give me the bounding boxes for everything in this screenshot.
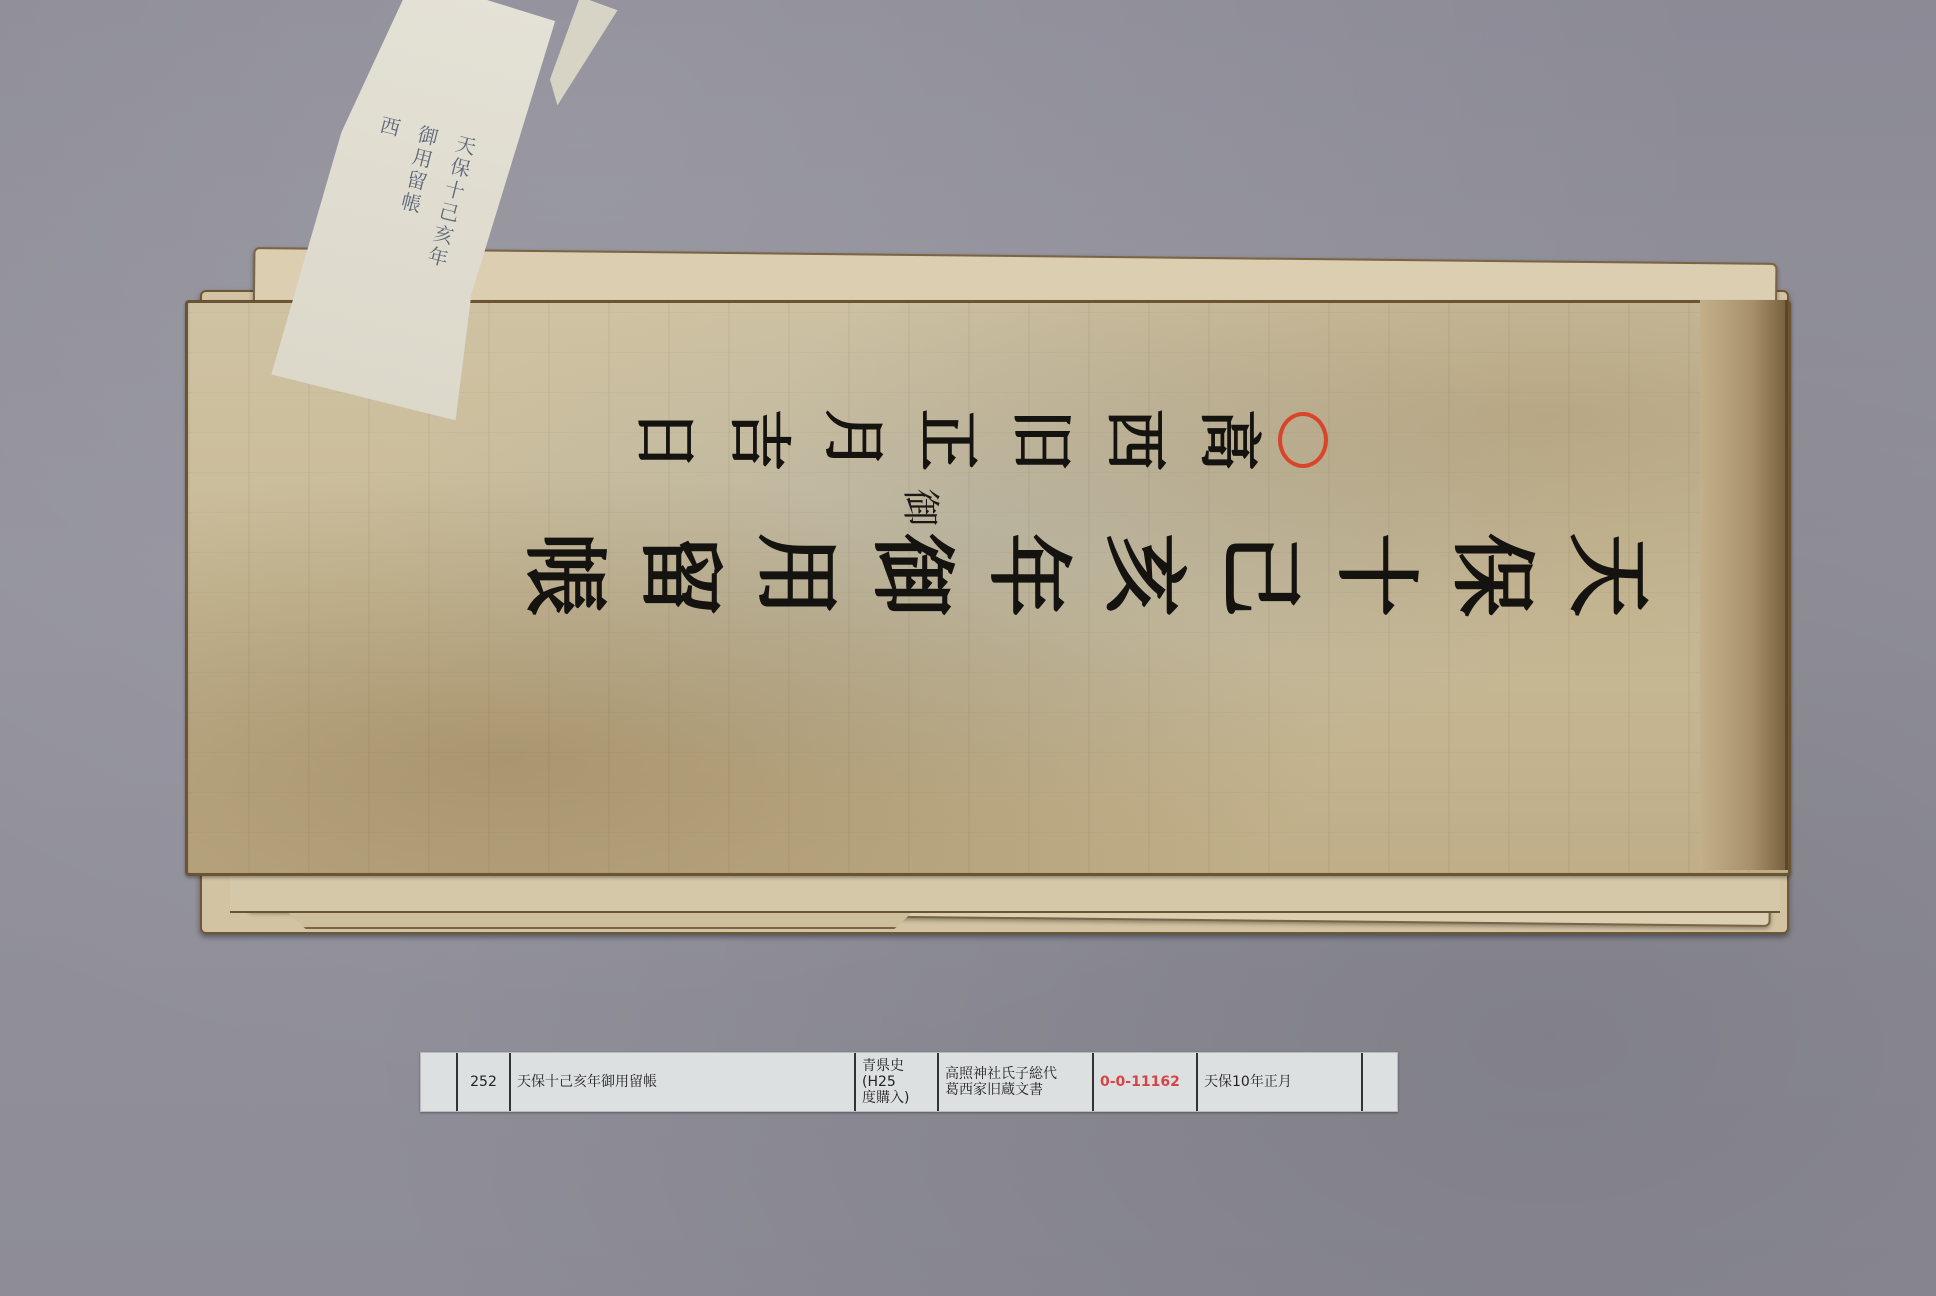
label-item-number: 252 [458, 1053, 511, 1111]
label-cell-end [1363, 1053, 1397, 1111]
label-cell-blank [421, 1053, 458, 1111]
calligraphy-char: 吉 [728, 409, 790, 471]
label-source: 青県史(H25 度購入) [856, 1053, 939, 1111]
calligraphy-char: 旧 [1010, 409, 1072, 471]
document-right-edge [1700, 300, 1788, 870]
calligraphy-char: 留 [638, 533, 722, 617]
calligraphy-char: 西 [1104, 409, 1166, 471]
calligraphy-char: 保 [1450, 533, 1534, 617]
calligraphy-char: 帳 [522, 533, 606, 617]
label-source-line2: 度購入) [862, 1090, 931, 1106]
label-collection-line2: 葛西家旧蔵文書 [945, 1082, 1057, 1098]
red-circle-mark [1278, 412, 1328, 468]
calligraphy-char: 日 [634, 409, 696, 471]
cover-title: 天 保 十 己 亥 年 御 用 留 帳 [510, 520, 1650, 630]
calligraphy-char: 正 [916, 409, 978, 471]
page-edge-bottom [230, 870, 1780, 913]
label-source-line1: 青県史(H25 [862, 1058, 931, 1090]
calligraphy-char: 亥 [1102, 533, 1186, 617]
label-collection: 高照神社氏子総代 葛西家旧蔵文書 [939, 1053, 1094, 1111]
calligraphy-char: 十 [1334, 533, 1418, 617]
calligraphy-char: 用 [754, 533, 838, 617]
calligraphy-char: 御 [870, 533, 954, 617]
photo-stage: 高 西 旧 正 月 吉 日 御 天 保 十 己 亥 年 御 用 留 帳 天保十己… [0, 0, 1936, 1296]
calligraphy-char: 月 [822, 409, 884, 471]
calligraphy-char: 己 [1218, 533, 1302, 617]
archive-label-strip: 252 天保十己亥年御用留帳 青県史(H25 度購入) 高照神社氏子総代 葛西家… [420, 1052, 1398, 1112]
label-date: 天保10年正月 [1198, 1053, 1363, 1111]
slip-handwriting: 天保十己亥年 御用留帳 西 [344, 113, 481, 273]
label-catalog-id: 0-0-11162 [1094, 1053, 1198, 1111]
calligraphy-char: 高 [1198, 409, 1260, 471]
label-title: 天保十己亥年御用留帳 [511, 1053, 856, 1111]
calligraphy-char: 天 [1566, 533, 1650, 617]
calligraphy-char: 年 [986, 533, 1070, 617]
slip-fold [542, 0, 617, 114]
label-collection-line1: 高照神社氏子総代 [945, 1066, 1057, 1082]
cover-subtitle: 高 西 旧 正 月 吉 日 [520, 400, 1260, 480]
